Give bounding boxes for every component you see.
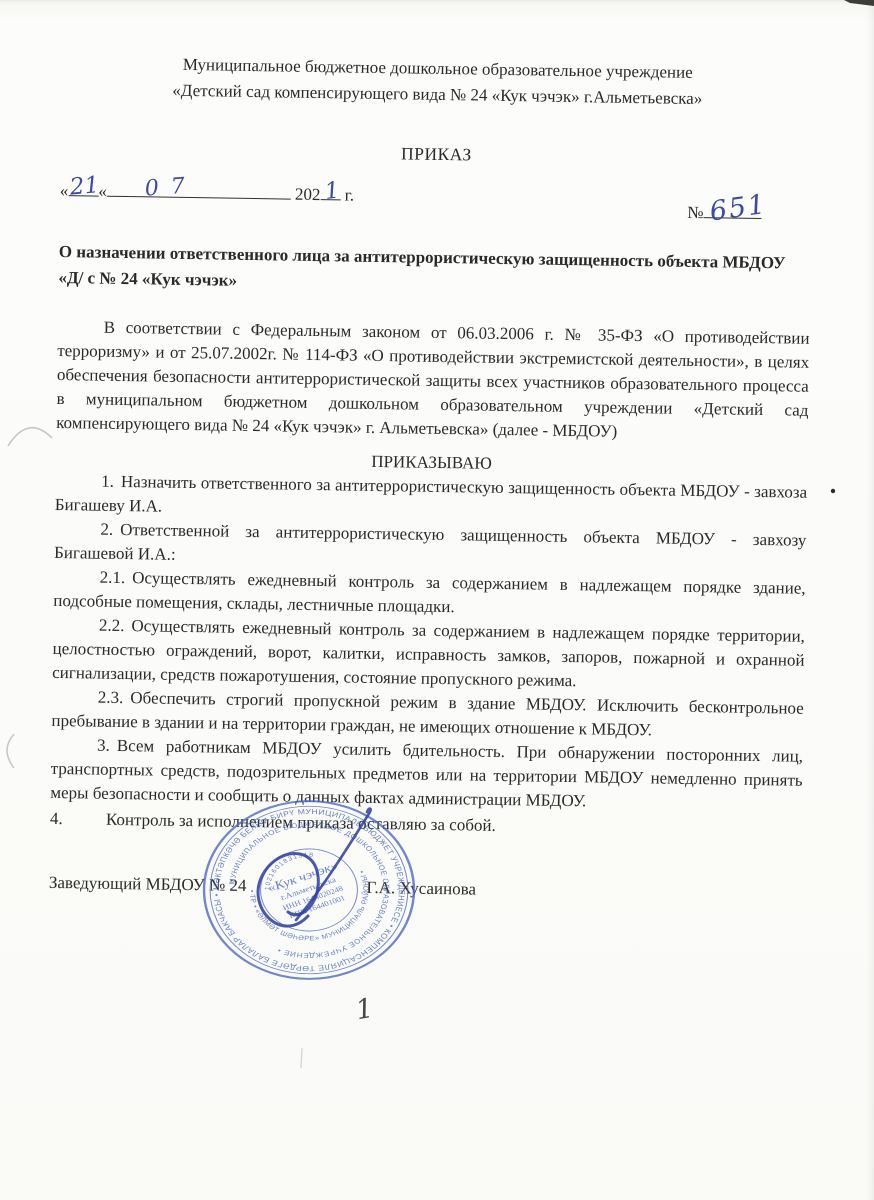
scanned-document-page: Муниципальное бюджетное дошкольное образ… — [0, 0, 874, 1200]
page-number-mark: 1 — [353, 993, 375, 1027]
document-content: Муниципальное бюджетное дошкольное образ… — [49, 50, 814, 905]
order-number-blank: 651 — [703, 217, 761, 219]
order-number-label: № — [687, 203, 704, 222]
item-text: Обеспечить строгий пропускной режим в зд… — [51, 688, 804, 739]
item-text: Назначить ответственного за антитеррорис… — [55, 472, 808, 516]
order-number-line: №651 — [687, 203, 762, 224]
handwritten-order-number: 651 — [708, 189, 769, 228]
item-number: 2.2. — [99, 616, 125, 635]
item-number: 4. — [50, 807, 106, 832]
scan-curl-artifact-bottom — [7, 734, 14, 768]
scan-curl-artifact-top — [8, 428, 52, 446]
organization-header: Муниципальное бюджетное дошкольное образ… — [61, 50, 814, 114]
item-number: 2.1. — [100, 568, 126, 587]
order-item-2-2: 2.2.Осуществлять ежедневный контроль за … — [52, 613, 805, 697]
item-text: Осуществлять ежедневный контроль за соде… — [52, 616, 805, 690]
meta-row: «21«07 2021 г. №651 — [59, 181, 811, 225]
date-quote-open: « — [60, 181, 69, 200]
official-stamp: МӘКТӘПКӘЧӘ БЕЛЕМ БИРҮ МУНИЦИПАЛЬ БЮДЖЕТ … — [198, 796, 420, 984]
ink-dot-artifact — [831, 489, 835, 493]
date-day-blank: 21 — [68, 195, 98, 196]
item-text: Всем работникам МБДОУ усилить бдительнос… — [50, 736, 803, 810]
document-type-title: ПРИКАЗ — [60, 138, 812, 171]
handwritten-year-digit: 1 — [323, 177, 341, 205]
handwritten-day: 21 — [68, 172, 99, 201]
order-item-3: 3.Всем работникам МБДОУ усилить бдительн… — [50, 733, 803, 817]
item-number: 1. — [101, 472, 114, 491]
item-text: Ответственной за антитеррористическую за… — [54, 520, 807, 564]
date-line: «21«07 2021 г. — [60, 181, 355, 206]
order-subject: О назначении ответственного лица за анти… — [58, 239, 811, 303]
handwritten-month: 07 — [144, 173, 198, 202]
date-year-blank: 1 — [320, 199, 340, 200]
faint-mark-artifact — [301, 1048, 302, 1068]
date-year-prefix: 202 — [295, 185, 321, 204]
signature-row: Заведующий МБДОУ № 24 Г.А. Хусаинова — [49, 873, 801, 905]
item-text: Осуществлять ежедневный контроль за соде… — [53, 568, 806, 616]
item-number: 2. — [100, 520, 113, 539]
scan-edge-artifact — [844, 0, 874, 6]
intro-paragraph: В соответствии с Федеральным законом от … — [56, 315, 810, 447]
item-number: 2.3. — [98, 688, 124, 707]
date-month-blank: 07 — [107, 196, 291, 200]
date-year-suffix: г. — [345, 185, 355, 204]
item-number: 3. — [97, 736, 110, 755]
